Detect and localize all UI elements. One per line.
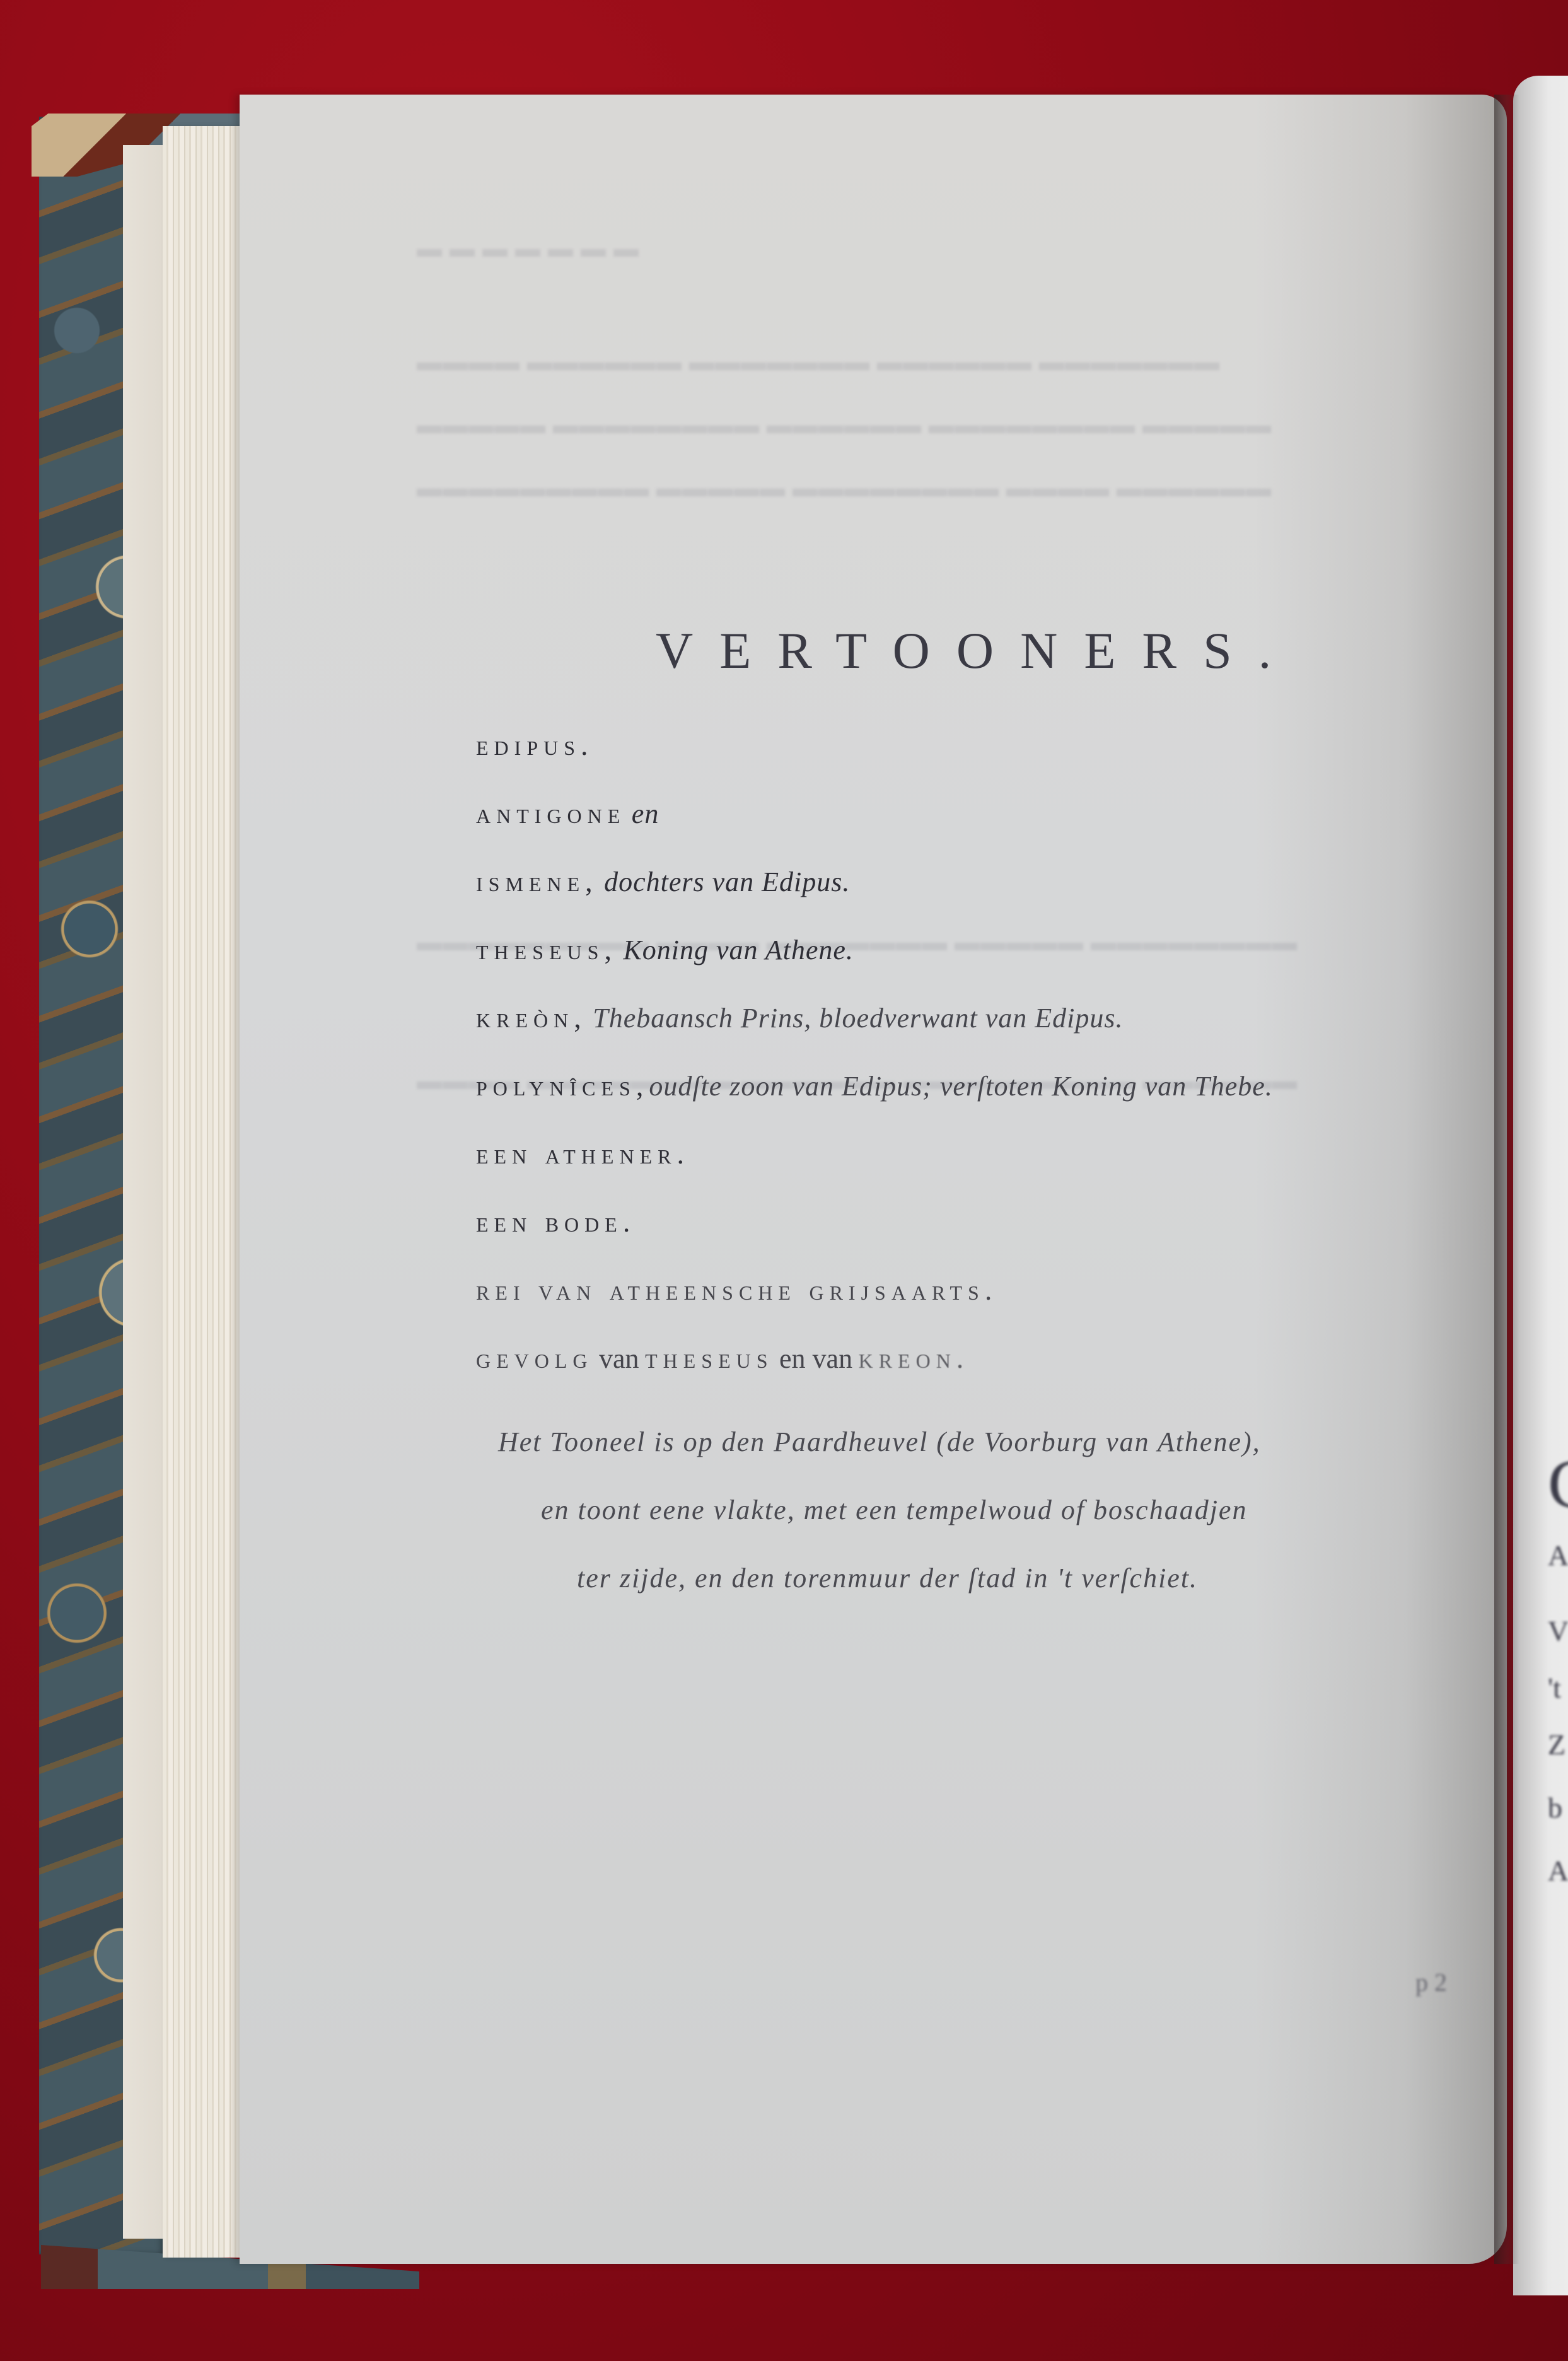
cast-list: EDIPUS. ANTIGONE en ISMENE, dochters van…	[476, 725, 1273, 1406]
page-block-edges	[163, 126, 251, 2258]
cast-item: GEVOLG van THESEUS en van KREON.	[476, 1338, 1273, 1406]
character-description: Thebaansch Prins, bloedverwant van Edipu…	[593, 1003, 1123, 1034]
character-description: Koning van Athene.	[623, 935, 853, 965]
scene-line: en toont eene vlakte, met een tempelwoud…	[498, 1490, 1482, 1558]
facing-page-fragment: b	[1548, 1791, 1562, 1824]
character-name: GEVOLG	[476, 1342, 593, 1374]
facing-page	[1513, 76, 1568, 2295]
facing-page-fragment: Z	[1548, 1728, 1565, 1761]
character-name: THESEUS,	[476, 933, 617, 965]
character-name: ANTIGONE	[476, 797, 625, 829]
scene-line: Het Tooneel is op den Paardheuvel (de Vo…	[498, 1422, 1482, 1490]
character-description: dochters van Edipus.	[604, 866, 850, 897]
facing-page-initial: C	[1548, 1444, 1568, 1524]
show-through-text: ▬▬▬▬▬ ▬▬▬▬▬▬▬▬ ▬▬▬▬▬▬ ▬▬▬▬▬▬▬▬ ▬▬▬▬▬	[416, 410, 1271, 440]
cast-item: EDIPUS.	[476, 725, 1273, 793]
connector-text: van	[599, 1343, 639, 1374]
character-description: oudſte zoon van Edipus; verſtoten Koning…	[649, 1071, 1273, 1102]
character-description: en	[632, 798, 659, 829]
cast-item: THESEUS, Koning van Athene.	[476, 930, 1273, 998]
facing-page-fragment: A	[1548, 1539, 1568, 1572]
facing-page-fragment: V	[1548, 1614, 1568, 1648]
show-through-text: ▬ ▬ ▬ ▬ ▬ ▬ ▬	[416, 233, 639, 263]
character-name: REI VAN ATHEENSCHE GRIJSAARTS.	[476, 1274, 997, 1306]
cast-item: REI VAN ATHEENSCHE GRIJSAARTS.	[476, 1270, 1273, 1338]
character-name: KREON.	[859, 1342, 970, 1374]
cast-item: ANTIGONE en	[476, 793, 1273, 861]
character-name: KREÒN,	[476, 1001, 587, 1034]
cast-item: EEN ATHENER.	[476, 1134, 1273, 1202]
scene-description: Het Tooneel is op den Paardheuvel (de Vo…	[498, 1422, 1482, 1626]
connector-text: en van	[779, 1343, 852, 1374]
gutter-shadow	[1494, 95, 1519, 2264]
cast-item: POLYNÎCES,oudſte zoon van Edipus; verſto…	[476, 1066, 1273, 1134]
character-name: ISMENE,	[476, 865, 598, 897]
show-through-text: ▬▬▬▬▬▬ ▬▬▬▬ ▬▬▬▬▬▬▬▬ ▬▬▬▬▬ ▬▬▬▬▬▬▬▬▬	[416, 473, 1271, 503]
page-title: VERTOONERS.	[656, 621, 1298, 680]
character-name: POLYNÎCES,	[476, 1070, 649, 1102]
scene-line: ter zijde, en den torenmuur der ſtad in …	[498, 1558, 1482, 1626]
character-name: EEN BODE.	[476, 1206, 636, 1238]
character-name: THESEUS	[645, 1342, 773, 1374]
show-through-text: ▬▬▬▬▬▬▬ ▬▬▬▬▬▬ ▬▬▬▬▬▬▬ ▬▬▬▬▬▬ ▬▬▬▬	[416, 347, 1219, 376]
character-name: EEN ATHENER.	[476, 1138, 690, 1170]
cast-item: KREÒN, Thebaansch Prins, bloedverwant va…	[476, 998, 1273, 1066]
cast-item: EEN BODE.	[476, 1202, 1273, 1270]
facing-page-fragment: 't	[1548, 1671, 1561, 1705]
catchword: p 2	[1415, 1967, 1447, 1997]
cast-item: ISMENE, dochters van Edipus.	[476, 861, 1273, 930]
character-name: EDIPUS.	[476, 729, 594, 761]
facing-page-fragment: A	[1548, 1854, 1568, 1887]
